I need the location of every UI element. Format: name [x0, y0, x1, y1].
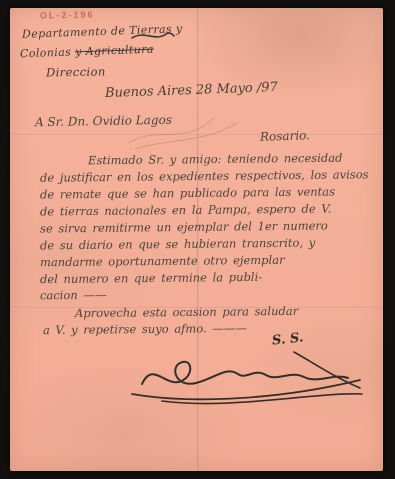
pencil-marks: [125, 103, 245, 153]
letterhead-direccion: Direccion: [46, 64, 106, 79]
date-line: Buenos Aires 28 Mayo /97: [105, 80, 278, 101]
letter-paper: OL-2-196 Departamento de Tierras y Colon…: [10, 8, 383, 471]
body-line: del numero en que termine la publi-: [40, 270, 262, 286]
letterhead-line-2: Colonias y Agricultura: [20, 43, 154, 61]
body-line: de justificar en los expedientes respect…: [40, 167, 369, 184]
ink-flourish: [130, 28, 176, 44]
letterhead-struck-text: y Agricultura: [75, 43, 154, 59]
body-line: a V. y repetirse suyo afmo. ———: [43, 321, 247, 337]
addressee-line: A Sr. Dn. Ovidio Lagos: [35, 113, 172, 129]
body-line: de su diario en que se hubieran transcri…: [40, 236, 315, 253]
letterhead-colonias: Colonias: [20, 45, 76, 60]
body-line: de tierras nacionales en la Pampa, esper…: [40, 201, 331, 218]
archive-stamp: OL-2-196: [40, 10, 95, 21]
body-line: de remate que se han publicado para las …: [40, 184, 335, 201]
closing-initials: S. S.: [271, 330, 304, 348]
addressee-city: Rosario.: [260, 128, 310, 144]
body-line: mandarme oportunamente otro ejemplar: [40, 253, 285, 270]
scan-background: OL-2-196 Departamento de Tierras y Colon…: [0, 0, 395, 479]
body-line: cacion ——: [40, 288, 107, 303]
body-line: Aprovecha esta ocasion para saludar: [75, 304, 298, 320]
signature: [128, 348, 368, 410]
body-line: se sirva remitirme un ejemplar del 1er n…: [40, 218, 328, 235]
body-line: Estimado Sr. y amigo: teniendo necesidad: [88, 151, 343, 168]
